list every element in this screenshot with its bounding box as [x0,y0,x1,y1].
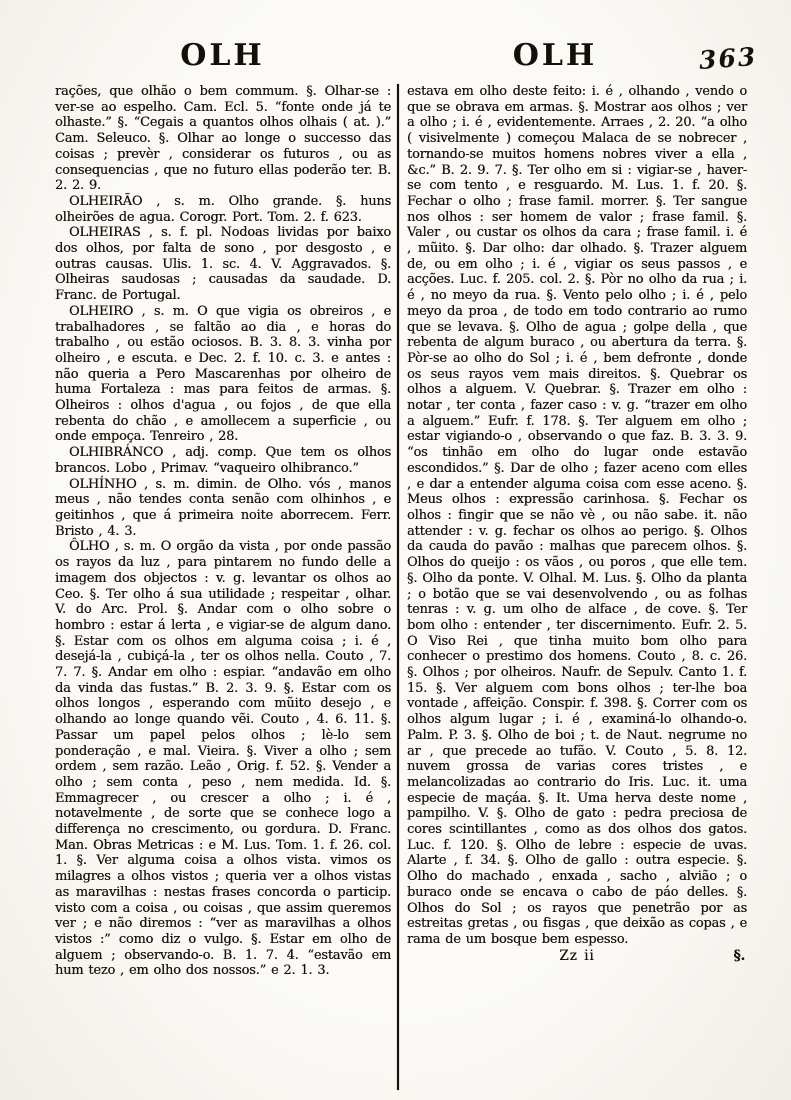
entry-olho-continued: estava em olho deste feito: i. é , olhan… [407,84,747,948]
dictionary-page-scan: OLH OLH 363 rações, que olhão o bem comm… [0,0,791,1100]
entry-olheirao: OLHEIRÃO , s. m. Olho grande. §. huns ol… [55,194,391,225]
entry-olheiras: OLHEIRAS , s. f. pl. Nodoas lividas por … [55,225,391,304]
running-title-left: OLH [55,38,390,73]
gathering-signature: Zz ii [407,949,747,965]
page-header: OLH OLH 363 [55,38,745,78]
entry-olheiro: OLHEIRO , s. m. O que vigia os obreiros … [55,304,391,445]
entry-olhibranco: OLHIBRÁNCO , adj. comp. Que tem os olhos… [55,445,391,476]
page-number: 363 [698,42,758,75]
entry-olho: ÔLHO , s. m. O orgão da vista , por onde… [55,539,391,979]
column-divider-rule [397,84,399,1090]
catchword: §. [734,949,745,965]
running-title-right: OLH [405,38,705,73]
continued-entry-olhar: rações, que olhão o bem commum. §. Olhar… [55,84,391,194]
right-column: estava em olho deste feito: i. é , olhan… [407,84,747,1090]
footer-line: Zz ii §. [407,949,747,965]
left-column: rações, que olhão o bem commum. §. Olhar… [55,84,391,1090]
text-block: rações, que olhão o bem commum. §. Olhar… [55,84,747,1090]
entry-olhinho: OLHÍNHO , s. m. dimin. de Olho. vós , ma… [55,477,391,540]
